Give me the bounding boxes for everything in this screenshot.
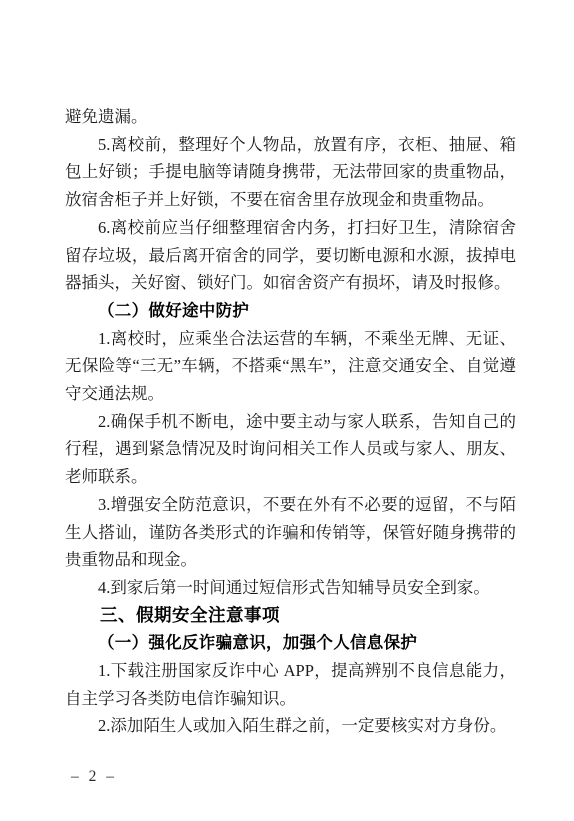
paragraph: 3.增强安全防范意识，不要在外有不必要的逗留，不与陌生人搭讪，谨防各类形式的诈骗…	[65, 491, 516, 574]
paragraph: 6.离校前应当仔细整理宿舍内务，打扫好卫生，清除宿舍留存垃圾，最后离开宿舍的同学…	[65, 214, 516, 297]
paragraph: 2.确保手机不断电，途中要主动与家人联系，告知自己的行程，遇到紧急情况及时询问相…	[65, 408, 516, 491]
paragraph: （一）强化反诈骗意识，加强个人信息保护	[65, 629, 516, 657]
paragraph: 1.离校时，应乘坐合法运营的车辆，不乘坐无牌、无证、无保险等“三无”车辆，不搭乘…	[65, 325, 516, 408]
document-page: 避免遗漏。5.离校前，整理好个人物品，放置有序，衣柜、抽屉、箱包上好锁；手提电脑…	[0, 0, 574, 821]
paragraph: 避免遗漏。	[65, 103, 516, 131]
paragraph: 三、假期安全注意事项	[65, 602, 516, 630]
document-body: 避免遗漏。5.离校前，整理好个人物品，放置有序，衣柜、抽屉、箱包上好锁；手提电脑…	[65, 103, 516, 740]
paragraph: 1.下载注册国家反诈中心 APP，提高辨别不良信息能力，自主学习各类防电信诈骗知…	[65, 657, 516, 712]
page-number: – 2 –	[71, 768, 117, 786]
paragraph: 2.添加陌生人或加入陌生群之前，一定要核实对方身份。	[65, 712, 516, 740]
paragraph: （二）做好途中防护	[65, 297, 516, 325]
paragraph: 4.到家后第一时间通过短信形式告知辅导员安全到家。	[65, 574, 516, 602]
paragraph: 5.离校前，整理好个人物品，放置有序，衣柜、抽屉、箱包上好锁；手提电脑等请随身携…	[65, 131, 516, 214]
